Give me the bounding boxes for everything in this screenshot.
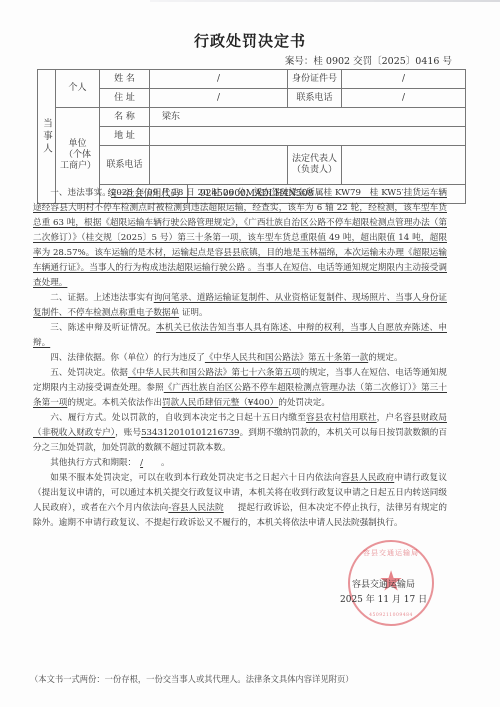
- facts-text: 2025 年 09 月 18 日 20 时 26 分，梁东驾驶梁东所属桂 KW7…: [33, 188, 447, 288]
- section-facts: 一、违法事实。2025 年 09 月 18 日 20 时 26 分，梁东驾驶梁东…: [33, 186, 447, 291]
- address-value: /: [150, 89, 288, 108]
- legal-basis-heading: 四、法律依据。你（单位）的行为违反了: [50, 353, 205, 363]
- section-evidence: 二、证据。上述违法事实有询问笔录、道路运输证复制件、从业资格证复制件、现场照片、…: [33, 291, 447, 321]
- id-number-value: /: [342, 70, 466, 89]
- legal-rep-value: [342, 146, 466, 185]
- facts-heading: 一、违法事实。: [50, 188, 111, 198]
- case-number: 案号：桂 0902 交罚〔2025〕0416 号: [285, 53, 452, 67]
- section-other-execution: 其他执行方式和期限：/。: [33, 456, 447, 471]
- statement-heading: 三、陈述申辩及听证情况。: [50, 323, 156, 333]
- issuing-agency: 容县交通运输局: [340, 578, 427, 593]
- phone-value: /: [342, 89, 466, 108]
- legal-rep-label: 法定代表人（负责人）: [288, 146, 342, 185]
- unit-name-label: 名 称: [100, 108, 150, 127]
- evidence-suffix: 证明。: [179, 308, 208, 318]
- decision-penalty: 罚款人民币肆佰元整（¥400）: [162, 398, 278, 408]
- individual-label: 个人: [56, 70, 100, 108]
- id-number-label: 身份证件号: [288, 70, 342, 89]
- account-no-prefix: ，账号: [115, 428, 141, 438]
- party-info-table: 当事人 个人 姓 名 / 身份证件号 / 住 址 / 联系电话 / 单位（个体工…: [37, 69, 466, 204]
- decision-law-1: 《中华人民共和国公路法》第七十六条第五项: [128, 368, 301, 378]
- other-execution-label: 其他执行方式和期限：: [50, 458, 136, 468]
- account-name-prefix: ，户名: [377, 413, 403, 423]
- unit-phone-label: 联系电话: [100, 146, 150, 185]
- unit-name-value: 梁东: [150, 108, 466, 127]
- account-number: 534312010101216739: [141, 428, 239, 438]
- section-legal-basis: 四、法律依据。你（单位）的行为违反了《中华人民共和国公路法》第五十条第一款的规定…: [33, 351, 447, 366]
- decision-mid-2: 的规定。本机关依法作出: [67, 398, 162, 408]
- signature-block: 容县交通运输局 2025 年 11 月 17 日: [340, 578, 427, 608]
- name-label: 姓 名: [100, 70, 150, 89]
- footnote: （本文书一式两份：一份存根，一份交当事人或其代理人。法律条文具体内容详见附页）: [30, 673, 354, 685]
- decision-heading: 五、处罚决定。依据: [50, 368, 128, 378]
- appeal-review-body: 容县人民政府: [341, 473, 394, 483]
- scan-edge-shadow: [150, 0, 500, 2]
- seal-code: 4509211009484: [350, 613, 432, 618]
- unit-address-value: [150, 127, 466, 146]
- address-label: 住 址: [100, 89, 150, 108]
- decision-body: 一、违法事实。2025 年 09 月 18 日 20 时 26 分，梁东驾驶梁东…: [33, 186, 447, 531]
- legal-basis-suffix: 的规定。: [368, 353, 402, 363]
- issue-date: 2025 年 11 月 17 日: [340, 593, 427, 608]
- section-appeal: 如果不服本处罚决定，可以在收到本行政处罚决定书之日起六十日内依法向容县人民政府申…: [33, 471, 447, 531]
- decision-suffix: 的处罚决定。: [278, 398, 330, 408]
- section-statement: 三、陈述申辩及听证情况。本机关已依法告知当事人具有陈述、申辩的权利，当事人自愿放…: [33, 321, 447, 351]
- legal-basis-text: 《中华人民共和国公路法》第五十条第一款: [205, 353, 368, 363]
- execution-bank: 容县农村信用联社: [306, 413, 377, 423]
- other-execution-value: /: [136, 458, 161, 468]
- section-decision: 五、处罚决定。依据《中华人民共和国公路法》第七十六条第五项的规定，当事人在短信、…: [33, 366, 447, 411]
- document-title: 行政处罚决定书: [0, 30, 500, 51]
- appeal-prefix: 如果不服本处罚决定，可以在收到本行政处罚决定书之日起六十日内依法向: [50, 473, 341, 483]
- unit-address-label: 地 址: [100, 127, 150, 146]
- name-value: /: [150, 70, 288, 89]
- unit-phone-value: [150, 146, 288, 185]
- seal-ring-text: 容县交通运输局: [358, 548, 424, 558]
- appeal-court: -容县人民法院: [168, 503, 237, 513]
- section-execution: 六、履行方式。处以罚款的，自收到本决定书之日起十五日内缴至容县农村信用联社，户名…: [33, 411, 447, 456]
- party-label: 当事人: [38, 70, 56, 204]
- evidence-heading: 二、证据。上述违法事实有: [50, 293, 154, 303]
- execution-heading: 六、履行方式。处以罚款的，自收到本决定书之日起十五日内缴至: [50, 413, 306, 423]
- phone-label: 联系电话: [288, 89, 342, 108]
